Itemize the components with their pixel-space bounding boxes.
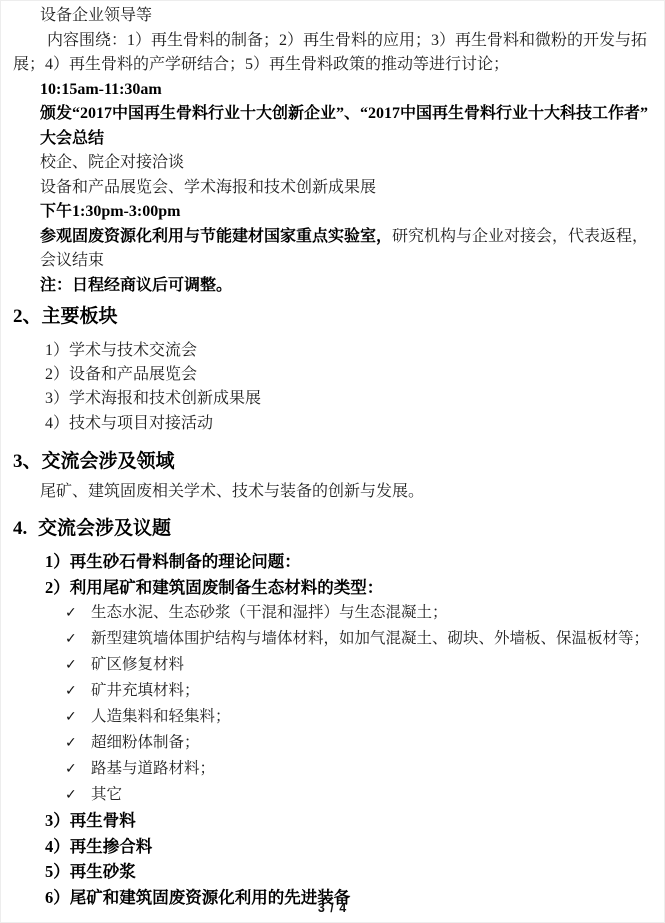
check-item-label: 人造集料和轻集料； <box>91 708 231 725</box>
schedule-line-visit: 参观固废资源化利用与节能建材国家重点实验室，研究机构与企业对接会，代表返程， <box>13 225 655 250</box>
schedule-line-attendees: 设备企业领导等 <box>13 4 655 29</box>
schedule-line-note: 注：日程经商议后可调整。 <box>13 274 655 299</box>
list-item: ✓其它 <box>13 782 655 808</box>
list-item: 2）设备和产品展览会 <box>13 363 655 387</box>
check-item-label: 生态水泥、生态砂浆（干混和湿拌）与生态混凝土； <box>91 604 448 621</box>
check-item-label: 矿井充填材料； <box>91 682 200 699</box>
list-item: ✓超细粉体制备； <box>13 730 655 756</box>
checkmark-icon: ✓ <box>65 705 91 730</box>
schedule-line-content-continued: 展；4）再生骨料的产学研结合；5）再生骨料政策的推动等进行讨论； <box>13 53 655 78</box>
schedule-time-afternoon: 下午1:30pm-3:00pm <box>13 200 655 225</box>
schedule-line-award: 颁发“2017中国再生骨料行业十大创新企业”、“2017中国再生骨料行业十大科技… <box>13 102 655 127</box>
section-heading-main-segments: 2、主要板块 <box>13 304 655 330</box>
schedule-line-summary: 大会总结 <box>13 127 655 152</box>
schedule-line-content-intro: 内容围绕：1）再生骨料的制备；2）再生骨料的应用；3）再生骨料和微粉的开发与拓 <box>13 29 655 54</box>
schedule-line-exhibition: 设备和产品展览会、学术海报和技术创新成果展 <box>13 176 655 201</box>
checkmark-icon: ✓ <box>65 601 91 626</box>
list-item: 1）学术与技术交流会 <box>13 339 655 363</box>
topic-item-4: 4）再生掺合料 <box>13 834 655 860</box>
fields-body-text: 尾矿、建筑固废相关学术、技术与装备的创新与发展。 <box>13 480 655 505</box>
checkmark-icon: ✓ <box>65 783 91 808</box>
checkmark-icon: ✓ <box>65 627 91 652</box>
list-item: ✓人造集料和轻集料； <box>13 704 655 730</box>
list-item: ✓矿区修复材料 <box>13 652 655 678</box>
schedule-line-closing: 会议结束 <box>13 249 655 274</box>
list-item: ✓路基与道路材料； <box>13 756 655 782</box>
list-item: ✓生态水泥、生态砂浆（干混和湿拌）与生态混凝土； <box>13 600 655 626</box>
list-item: 3）学术海报和技术创新成果展 <box>13 387 655 411</box>
section-title: 交流会涉及领域 <box>42 451 175 472</box>
list-item: ✓新型建筑墙体围护结构与墙体材料，如加气混凝土、砌块、外墙板、保温板材等； <box>13 626 655 652</box>
section-title: 交流会涉及议题 <box>38 518 171 539</box>
main-segments-list: 1）学术与技术交流会 2）设备和产品展览会 3）学术海报和技术创新成果展 4）技… <box>13 339 655 436</box>
visit-regular-text: 研究机构与企业对接会，代表返程， <box>392 228 648 245</box>
checkmark-icon: ✓ <box>65 679 91 704</box>
schedule-line-talks: 校企、院企对接洽谈 <box>13 151 655 176</box>
check-item-label: 路基与道路材料； <box>91 760 215 777</box>
section-number: 4. <box>13 516 38 542</box>
topic-item-3: 3）再生骨料 <box>13 808 655 834</box>
check-item-label: 矿区修复材料 <box>91 656 184 673</box>
checkmark-icon: ✓ <box>65 757 91 782</box>
section-title: 主要板块 <box>42 306 118 327</box>
document-body: 设备企业领导等 内容围绕：1）再生骨料的制备；2）再生骨料的应用；3）再生骨料和… <box>0 0 665 910</box>
topic-item-1: 1）再生砂石骨料制备的理论问题： <box>13 549 655 575</box>
eco-material-types-list: ✓生态水泥、生态砂浆（干混和湿拌）与生态混凝土； ✓新型建筑墙体围护结构与墙体材… <box>13 600 655 808</box>
checkmark-icon: ✓ <box>65 731 91 756</box>
document-page: 设备企业领导等 内容围绕：1）再生骨料的制备；2）再生骨料的应用；3）再生骨料和… <box>0 0 665 923</box>
check-item-label: 超细粉体制备； <box>91 734 200 751</box>
section-heading-topics: 4.交流会涉及议题 <box>13 516 655 542</box>
section-number: 2、 <box>13 304 42 330</box>
check-item-label: 其它 <box>91 786 122 803</box>
list-item: 4）技术与项目对接活动 <box>13 412 655 436</box>
checkmark-icon: ✓ <box>65 653 91 678</box>
section-number: 3、 <box>13 449 42 475</box>
schedule-time-morning: 10:15am-11:30am <box>13 78 655 103</box>
visit-bold-text: 参观固废资源化利用与节能建材国家重点实验室， <box>40 228 392 245</box>
page-number: 3 / 4 <box>0 901 665 915</box>
topic-item-5: 5）再生砂浆 <box>13 859 655 885</box>
topic-item-2: 2）利用尾矿和建筑固废制备生态材料的类型： <box>13 575 655 601</box>
section-heading-fields: 3、交流会涉及领域 <box>13 449 655 475</box>
check-item-label: 新型建筑墙体围护结构与墙体材料，如加气混凝土、砌块、外墙板、保温板材等； <box>91 630 649 647</box>
list-item: ✓矿井充填材料； <box>13 678 655 704</box>
